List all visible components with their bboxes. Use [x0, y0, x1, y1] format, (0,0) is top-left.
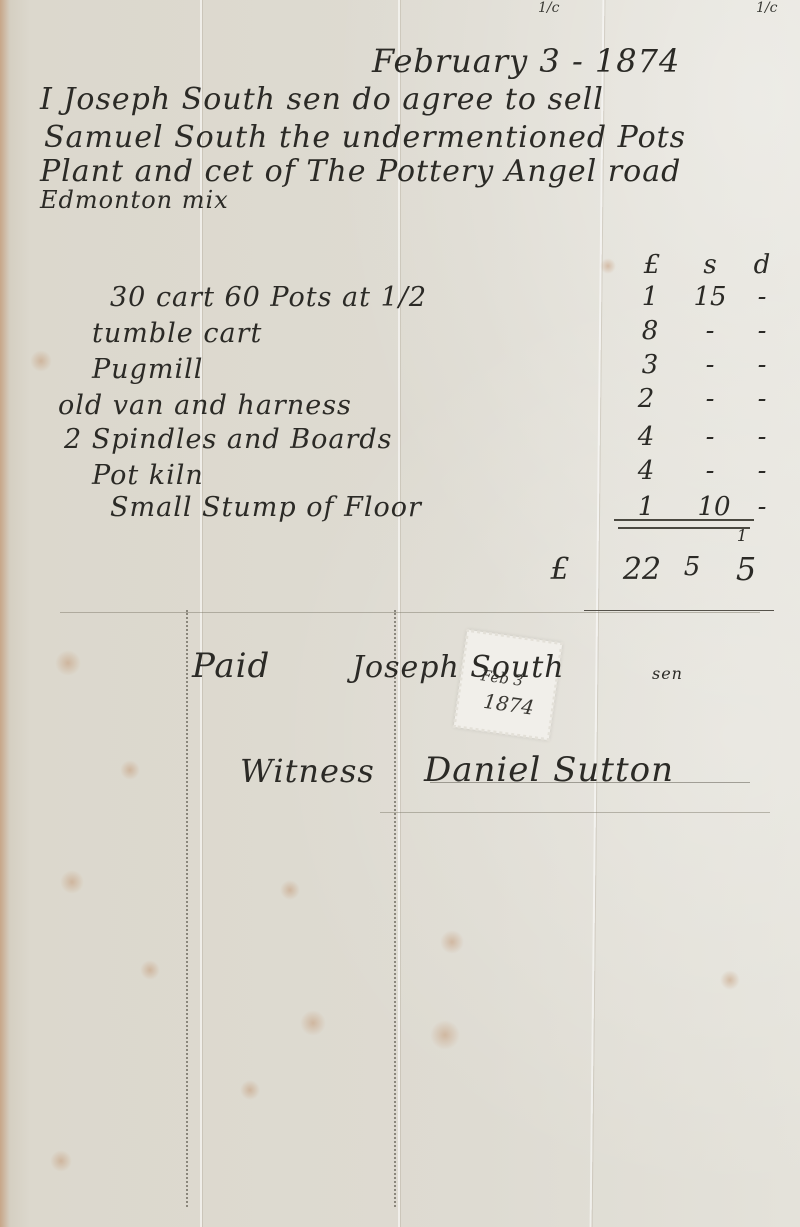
foxing-spot [440, 930, 464, 954]
item-shillings: 15 [690, 282, 730, 312]
item-pounds: 2 [626, 384, 666, 414]
item-pence: - [742, 422, 782, 452]
foxing-spot [140, 960, 160, 980]
item-pence: - [742, 492, 782, 522]
total-rule [614, 519, 754, 521]
corner-mark: 1/c [756, 0, 777, 16]
stamp-date-line2: 1874 [482, 689, 536, 720]
foxing-spot [300, 1010, 326, 1036]
item-description: 2 Spindles and Boards [64, 424, 393, 455]
item-description: old van and harness [58, 390, 352, 421]
item-shillings: - [690, 350, 730, 380]
item-shillings: - [690, 456, 730, 486]
total-pence: 5 [726, 550, 766, 588]
item-pounds: 4 [626, 422, 666, 452]
column-header-pence: d [742, 250, 782, 280]
body-line: I Joseph South sen do agree to sell [40, 82, 604, 117]
witness-line [430, 782, 750, 783]
item-description: Pot kiln [92, 460, 204, 491]
foxing-spot [30, 350, 52, 372]
item-shillings: - [690, 422, 730, 452]
signature-rule [380, 812, 770, 813]
item-pence: - [742, 456, 782, 486]
item-description: Small Stump of Floor [110, 492, 422, 523]
item-description: Pugmill [92, 354, 203, 385]
corner-mark: 1/c [538, 0, 559, 16]
item-shillings: - [690, 384, 730, 414]
item-pounds: 8 [630, 316, 670, 346]
stitch-line [394, 610, 396, 1207]
foxing-spot [280, 880, 300, 900]
item-pounds: 1 [626, 492, 666, 522]
document-page: 1/c 1/c February 3 - 1874 I Joseph South… [0, 0, 800, 1227]
item-pounds: 1 [630, 282, 670, 312]
item-description: 30 cart 60 Pots at 1/2 [110, 282, 427, 313]
item-pence: - [742, 282, 782, 312]
carry-mark: 1 [722, 526, 762, 545]
item-shillings: - [690, 316, 730, 346]
signature-suffix: sen [652, 664, 683, 683]
item-shillings: 10 [694, 492, 734, 522]
stitch-line [186, 610, 188, 1207]
total-currency-symbol: £ [540, 552, 580, 587]
foxing-spot [60, 870, 84, 894]
item-pounds: 3 [630, 350, 670, 380]
foxing-spot [720, 970, 740, 990]
total-pounds: 22 [612, 552, 672, 587]
foxing-spot [55, 650, 81, 676]
item-description: tumble cart [92, 318, 262, 349]
witness-name: Daniel Sutton [424, 750, 674, 790]
foxing-spot [240, 1080, 260, 1100]
column-header-pounds: £ [632, 250, 672, 280]
foxing-spot [600, 258, 616, 274]
fold-crease-horizontal [60, 612, 760, 613]
foxing-spot [430, 1020, 460, 1050]
total-shillings: 5 [672, 552, 712, 582]
total-underline [584, 610, 774, 611]
paid-label: Paid [192, 646, 270, 686]
body-line: Samuel South the undermentioned Pots [44, 120, 686, 155]
payee-signature: Joseph South [352, 650, 565, 685]
item-pence: - [742, 350, 782, 380]
revenue-stamp: Feb 3 1874 [454, 630, 563, 740]
witness-label: Witness [240, 752, 375, 790]
document-date: February 3 - 1874 [372, 42, 680, 80]
item-pounds: 4 [626, 456, 666, 486]
item-pence: - [742, 316, 782, 346]
column-header-shillings: s [690, 250, 730, 280]
body-line: Plant and cet of The Pottery Angel road [40, 154, 681, 189]
foxing-spot [50, 1150, 72, 1172]
foxing-spot [120, 760, 140, 780]
item-pence: - [742, 384, 782, 414]
body-line: Edmonton mix [40, 186, 229, 214]
